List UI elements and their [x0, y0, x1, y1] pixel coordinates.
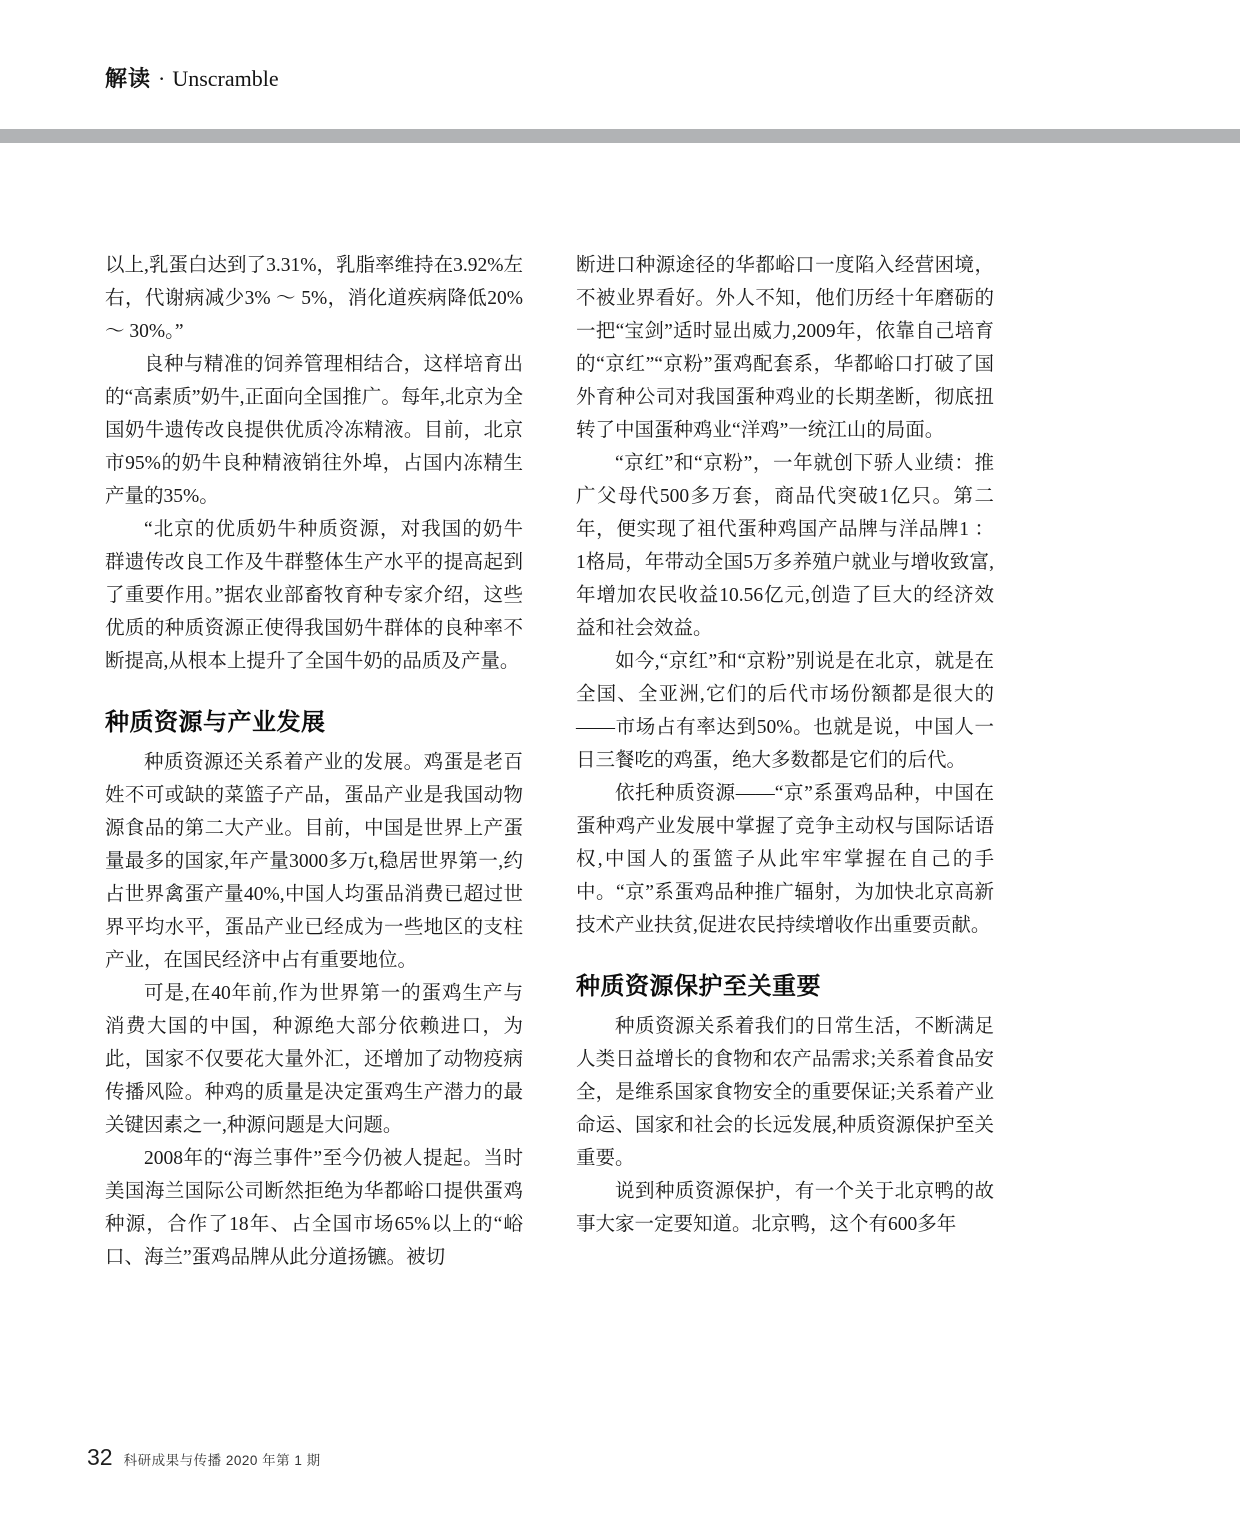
paragraph: “京红”和“京粉”，一年就创下骄人业绩：推广父母代500多万套，商品代突破1亿只… — [576, 447, 994, 645]
running-head: 解读·Unscramble — [105, 62, 279, 93]
paragraph: 良种与精准的饲养管理相结合，这样培育出的“高素质”奶牛,正面向全国推广。每年,北… — [105, 348, 523, 513]
section-heading-industry: 种质资源与产业发展 — [105, 706, 523, 740]
section-title-en: Unscramble — [172, 66, 278, 91]
paragraph: 断进口种源途径的华都峪口一度陷入经营困境，不被业界看好。外人不知，他们历经十年磨… — [576, 249, 994, 447]
journal-issue-info: 科研成果与传播 2020 年第 1 期 — [124, 1449, 321, 1469]
page-number: 32 — [87, 1444, 113, 1471]
left-column: 以上,乳蛋白达到了3.31%，乳脂率维持在3.92%左右，代谢病减少3% ～ 5… — [105, 249, 523, 1274]
paragraph: “北京的优质奶牛种质资源，对我国的奶牛群遗传改良工作及牛群整体生产水平的提高起到… — [105, 513, 523, 678]
paragraph: 依托种质资源——“京”系蛋鸡品种，中国在蛋种鸡产业发展中掌握了竞争主动权与国际话… — [576, 777, 994, 942]
page-footer: 32 科研成果与传播 2020 年第 1 期 — [87, 1444, 321, 1471]
article-body: 以上,乳蛋白达到了3.31%，乳脂率维持在3.92%左右，代谢病减少3% ～ 5… — [105, 249, 994, 1274]
section-title-cn: 解读 — [105, 66, 151, 91]
paragraph: 说到种质资源保护，有一个关于北京鸭的故事大家一定要知道。北京鸭，这个有600多年 — [576, 1175, 994, 1241]
paragraph: 可是,在40年前,作为世界第一的蛋鸡生产与消费大国的中国，种源绝大部分依赖进口，… — [105, 977, 523, 1142]
paragraph: 2008年的“海兰事件”至今仍被人提起。当时美国海兰国际公司断然拒绝为华都峪口提… — [105, 1142, 523, 1274]
paragraph: 种质资源还关系着产业的发展。鸡蛋是老百姓不可或缺的菜篮子产品，蛋品产业是我国动物… — [105, 746, 523, 977]
paragraph: 以上,乳蛋白达到了3.31%，乳脂率维持在3.92%左右，代谢病减少3% ～ 5… — [105, 249, 523, 348]
paragraph: 种质资源关系着我们的日常生活，不断满足人类日益增长的食物和农产品需求;关系着食品… — [576, 1010, 994, 1175]
right-column: 断进口种源途径的华都峪口一度陷入经营困境，不被业界看好。外人不知，他们历经十年磨… — [576, 249, 994, 1274]
section-heading-protection: 种质资源保护至关重要 — [576, 970, 994, 1004]
section-title-separator: · — [158, 66, 165, 91]
magazine-page: 解读·Unscramble 以上,乳蛋白达到了3.31%，乳脂率维持在3.92%… — [0, 0, 1240, 1535]
paragraph: 如今,“京红”和“京粉”别说是在北京，就是在全国、全亚洲,它们的后代市场份额都是… — [576, 645, 994, 777]
header-divider-band — [0, 129, 1240, 143]
